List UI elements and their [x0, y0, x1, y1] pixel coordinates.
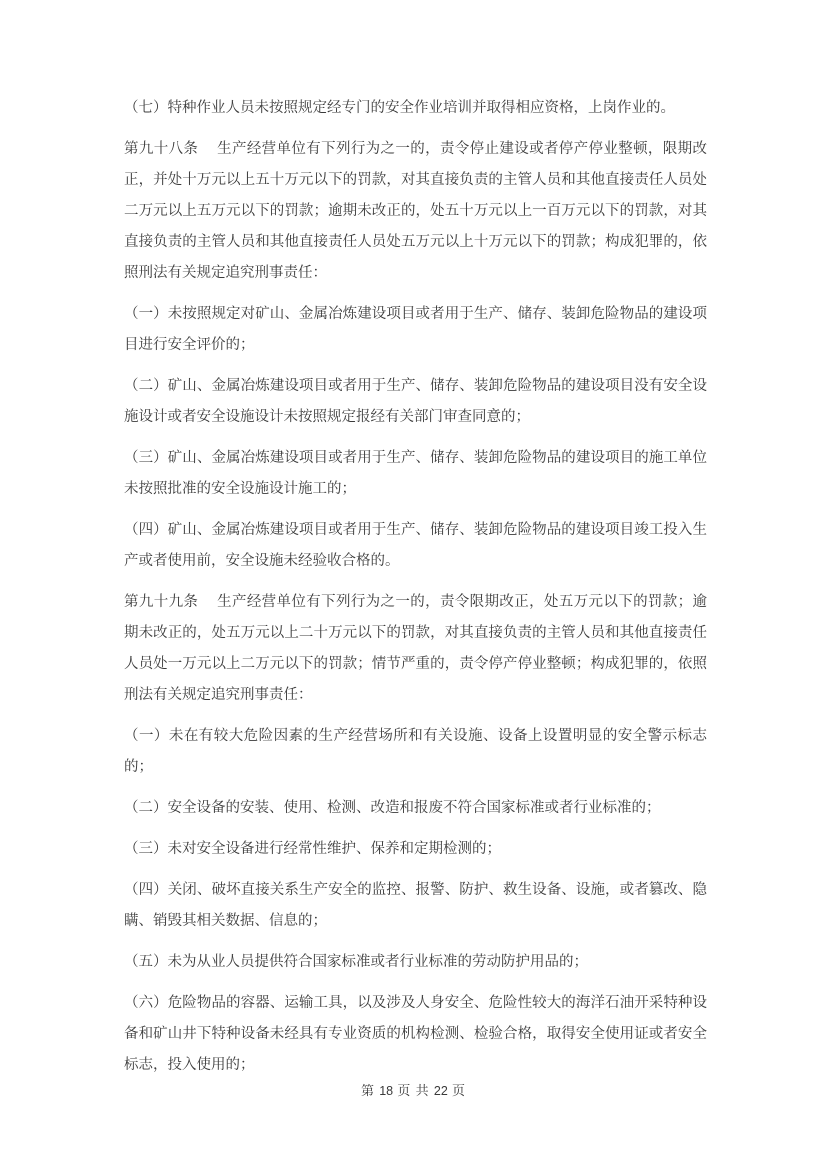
prev-article-clause-7: （七）特种作业人员未按照规定经专门的安全作业培训并取得相应资格，上岗作业的。: [124, 93, 707, 124]
footer-label-page: 第: [361, 1083, 375, 1098]
footer-label-pages: 页: [452, 1083, 466, 1098]
article-98-clause-2: （二）矿山、金属冶炼建设项目或者用于生产、储存、装卸危险物品的建设项目没有安全设…: [124, 371, 707, 433]
page-footer: 第 18 页 共 22 页: [0, 1080, 827, 1099]
article-98-paragraph: 第九十八条 生产经营单位有下列行为之一的，责令停止建设或者停产停业整顿，限期改正…: [124, 134, 707, 289]
article-99-clause-6: （六）危险物品的容器、运输工具，以及涉及人身安全、危险性较大的海洋石油开采特种设…: [124, 988, 707, 1081]
article-99-clause-4: （四）关闭、破坏直接关系生产安全的监控、报警、防护、救生设备、设施，或者篡改、隐…: [124, 875, 707, 937]
footer-label-of: 页 共: [397, 1083, 429, 1098]
footer-total-pages-number: 22: [434, 1084, 448, 1098]
article-98-clause-3: （三）矿山、金属冶炼建设项目或者用于生产、储存、装卸危险物品的建设项目的施工单位…: [124, 443, 707, 505]
article-99-clause-3: （三）未对安全设备进行经常性维护、保养和定期检测的；: [124, 834, 707, 865]
footer-current-page-number: 18: [379, 1084, 393, 1098]
article-98-clause-4: （四）矿山、金属冶炼建设项目或者用于生产、储存、装卸危险物品的建设项目竣工投入生…: [124, 515, 707, 577]
article-99-clause-5: （五）未为从业人员提供符合国家标准或者行业标准的劳动防护用品的；: [124, 947, 707, 978]
article-99-clause-2: （二）安全设备的安装、使用、检测、改造和报废不符合国家标准或者行业标准的；: [124, 793, 707, 824]
document-page: （七）特种作业人员未按照规定经专门的安全作业培训并取得相应资格，上岗作业的。 第…: [0, 0, 827, 1170]
article-98-clause-1: （一）未按照规定对矿山、金属冶炼建设项目或者用于生产、储存、装卸危险物品的建设项…: [124, 299, 707, 361]
article-99-paragraph: 第九十九条 生产经营单位有下列行为之一的，责令限期改正，处五万元以下的罚款；逾期…: [124, 587, 707, 711]
document-body: （七）特种作业人员未按照规定经专门的安全作业培训并取得相应资格，上岗作业的。 第…: [124, 93, 707, 1081]
article-99-clause-1: （一）未在有较大危险因素的生产经营场所和有关设施、设备上设置明显的安全警示标志的…: [124, 721, 707, 783]
